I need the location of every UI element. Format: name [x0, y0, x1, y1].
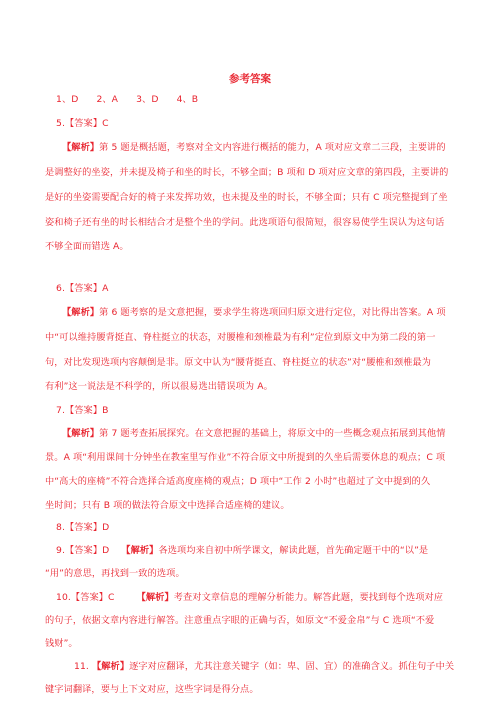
q9-line-1: 9.【答案】D【解析】各选项均来自初中所学课文，解读此题，首先确定题干中的“以”… — [56, 545, 454, 557]
answer-1: 1、D — [56, 94, 78, 105]
q6-analysis-line-3: 句，对比发现选项内容颠倒是非。原文中认为“腰背挺直、脊柱挺立的状态”对“腰椎和颈… — [45, 357, 443, 369]
analysis-tag: 【解析】 — [121, 545, 158, 556]
q5-answer: 5.【答案】C — [56, 118, 454, 130]
q5-analysis-line-1: 【解析】第 5 题是概括题，考察对全文内容进行概括的能力，A 项对应文章二三段，… — [62, 142, 460, 154]
q10-line-1: 10.【答案】C【解析】考查对文章信息的理解分析能力。解答此题，要找到每个选项对… — [56, 592, 454, 604]
analysis-tag: 【解析】 — [92, 661, 129, 672]
q7-analysis-line-4: 坐时间；只有 B 项的做法符合原文中选择合适座椅的建议。 — [45, 500, 443, 512]
q5-analysis-line-3: 是好的坐姿需要配合好的椅子来发挥功效，也未提及坐的时长，不够全面；只有 C 项完… — [45, 192, 443, 204]
q7-analysis-line-2: 景。A 项“利用课间十分钟坐在教室里写作业”不符合原文中所提到的久坐后需要休息的… — [45, 452, 443, 464]
analysis-tag: 【解析】 — [62, 428, 99, 439]
quick-answers: 1、D 2、A 3、D 4、B — [56, 94, 454, 106]
analysis-tag: 【解析】 — [137, 592, 174, 603]
q8-answer: 8.【答案】D — [56, 522, 454, 534]
q11-line-1: 11. 【解析】逐字对应翻译，尤其注意关键字（如：卑、固、宜）的准确含义。抓住句… — [74, 661, 472, 673]
q11-number: 11. — [74, 661, 89, 672]
q6-answer: 6.【答案】A — [56, 283, 454, 295]
q7-analysis-line-1: 【解析】第 7 题考查拓展探究。在文意把握的基础上，将原文中的一些概念观点拓展到… — [62, 428, 460, 440]
q9-answer: 9.【答案】D — [56, 545, 109, 556]
analysis-tag: 【解析】 — [62, 142, 99, 153]
q10-answer: 10.【答案】C — [56, 592, 115, 603]
q7-answer: 7.【答案】B — [56, 405, 454, 417]
answer-4: 4、B — [177, 94, 199, 105]
q5-analysis-line-2: 是调整好的坐姿，并未提及椅子和坐的时长，不够全面；B 项和 D 项对应文章的第四… — [45, 167, 443, 179]
q11-line-2: 键字词翻译，要与上下文对应，这些字词是得分点。 — [45, 684, 443, 696]
q6-analysis-line-4: 有利”这一说法是不科学的，所以很易选出错误项为 A。 — [45, 381, 443, 393]
q6-analysis-line-1: 【解析】第 6 题考察的是文意把握，要求学生将选项回归原文进行定位，对比得出答案… — [62, 307, 460, 319]
q5-analysis-line-5: 不够全面而错选 A。 — [45, 241, 443, 253]
text: 第 5 题是概括题，考察对全文内容进行概括的能力，A 项对应文章二三段，主要讲的 — [99, 142, 445, 153]
answer-key-page: 参考答案 1、D 2、A 3、D 4、B 5.【答案】C 【解析】第 5 题是概… — [0, 0, 500, 707]
q10-line-3: 钱财”。 — [45, 638, 443, 650]
answer-3: 3、D — [136, 94, 158, 105]
text: 考查对文章信息的理解分析能力。解答此题，要找到每个选项对应 — [174, 592, 443, 603]
text: 第 7 题考查拓展探究。在文意把握的基础上，将原文中的一些概念观点拓展到其他情 — [99, 428, 445, 439]
q7-analysis-line-3: 中“高大的座椅”不符合选择合适高度座椅的观点；D 项中“工作 2 小时”也超过了… — [45, 476, 443, 488]
q9-line-2: “用”的意思，再找到一致的选项。 — [45, 568, 443, 580]
text: 各选项均来自初中所学课文，解读此题，首先确定题干中的“以”是 — [158, 545, 428, 556]
answer-2: 2、A — [96, 94, 118, 105]
q6-analysis-line-2: 中“可以维持腰背挺直、脊柱挺立的状态，对腰椎和颈椎最为有利”定位到原文中为第二段… — [45, 332, 443, 344]
q5-analysis-line-4: 姿和椅子还有坐的时长相结合才是整个坐的学问。此选项语句很简短，很容易使学生误认为… — [45, 217, 443, 229]
page-title: 参考答案 — [0, 71, 500, 86]
q10-line-2: 的句子，依据文章内容进行解答。注意重点字眼的正确与否，如原文“不爱金帛”与 C … — [45, 615, 443, 627]
text: 逐字对应翻译，尤其注意关键字（如：卑、固、宜）的准确含义。抓住句子中关 — [129, 661, 454, 672]
text: 第 6 题考察的是文意把握，要求学生将选项回归原文进行定位，对比得出答案。A 项 — [99, 307, 445, 318]
analysis-tag: 【解析】 — [62, 307, 99, 318]
